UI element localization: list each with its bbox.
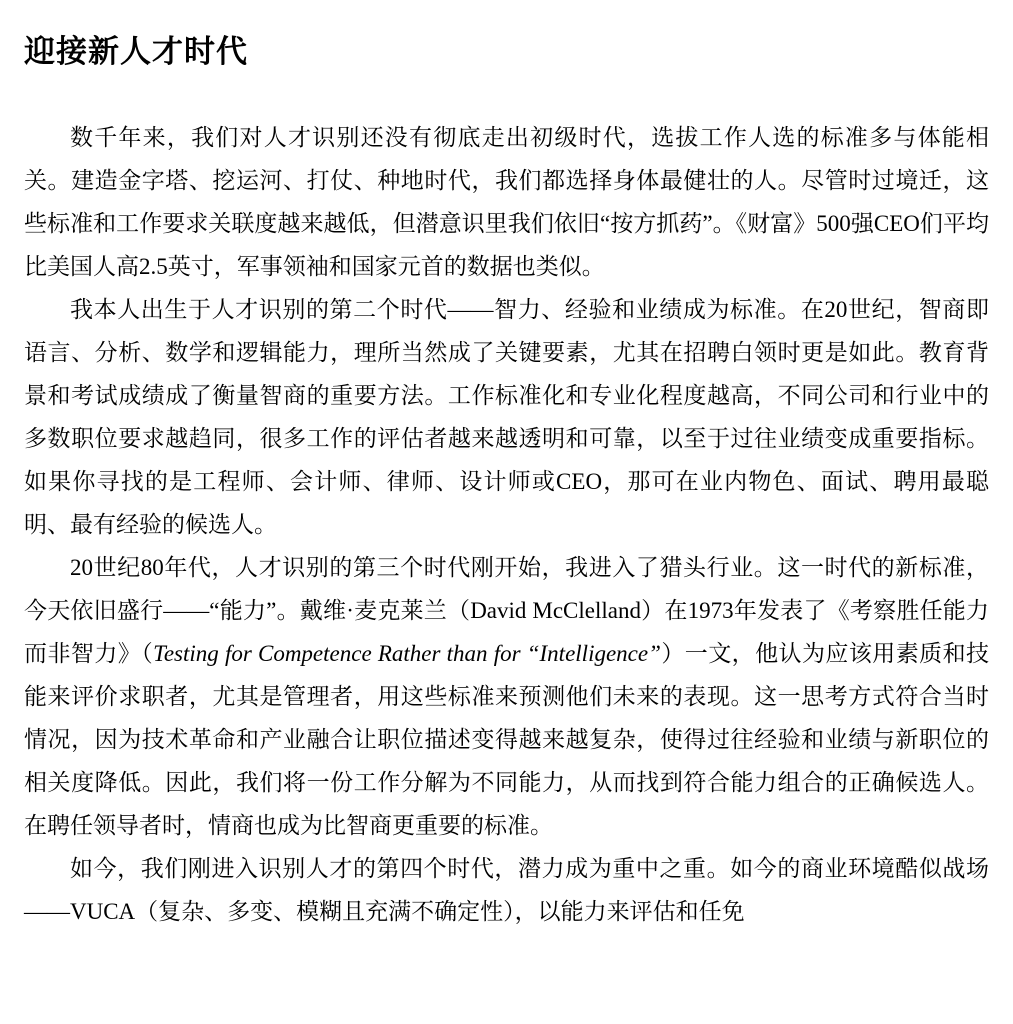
paragraph-3: 20世纪80年代，人才识别的第三个时代刚开始，我进入了猎头行业。这一时代的新标准… xyxy=(24,546,989,847)
book-page: { "page": { "title": "迎接新人才时代", "colors"… xyxy=(0,0,1013,1024)
english-book-title-italic: Testing for Competence Rather than for “… xyxy=(153,641,661,666)
paragraph-4-text: 如今，我们刚进入识别人才的第四个时代，潜力成为重中之重。如今的商业环境酷似战场—… xyxy=(24,856,989,924)
paragraph-4: 如今，我们刚进入识别人才的第四个时代，潜力成为重中之重。如今的商业环境酷似战场—… xyxy=(24,847,989,933)
chapter-title: 迎接新人才时代 xyxy=(24,32,989,72)
chapter-body: 数千年来，我们对人才识别还没有彻底走出初级时代，选拔工作人选的标准多与体能相关。… xyxy=(24,116,989,933)
paragraph-1: 数千年来，我们对人才识别还没有彻底走出初级时代，选拔工作人选的标准多与体能相关。… xyxy=(24,116,989,288)
paragraph-1-text: 数千年来，我们对人才识别还没有彻底走出初级时代，选拔工作人选的标准多与体能相关。… xyxy=(24,125,989,279)
paragraph-3-text-after-italic: ）一文，他认为应该用素质和技能来评价求职者，尤其是管理者，用这些标准来预测他们未… xyxy=(24,641,989,838)
paragraph-2: 我本人出生于人才识别的第二个时代——智力、经验和业绩成为标准。在20世纪，智商即… xyxy=(24,288,989,546)
paragraph-2-text: 我本人出生于人才识别的第二个时代——智力、经验和业绩成为标准。在20世纪，智商即… xyxy=(24,297,989,537)
